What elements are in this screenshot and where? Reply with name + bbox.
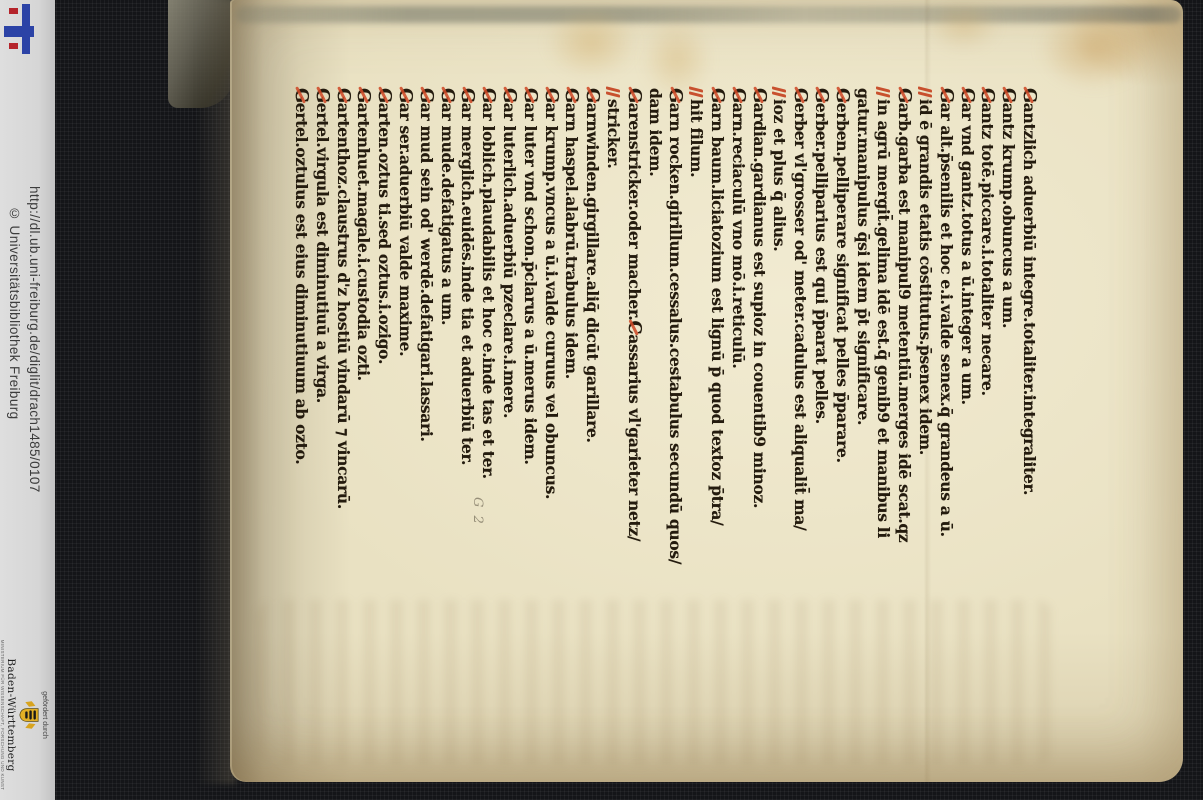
funding-region: Baden-Württemberg xyxy=(5,658,17,771)
text-line: dam idem. xyxy=(644,88,665,633)
text-line: Gar loblich.plaudabilis et hoc e.inde ta… xyxy=(477,88,498,633)
rubricated-initial: G xyxy=(521,88,539,103)
text-line: Gertel.virgula est diminutiuū a virga. xyxy=(311,88,332,633)
text-line: in agrū mergit̄.gelima idē est.q̄ genib9… xyxy=(873,88,894,633)
rubricated-initial: G xyxy=(480,88,498,103)
text-line: Gar krump.vncus a ū.i.valde curuus vel o… xyxy=(540,88,561,633)
registration-red-dash xyxy=(9,8,18,14)
text-line: Gardian.gardianus est supioz in couentib… xyxy=(748,88,769,633)
rubricated-initial: C xyxy=(625,321,643,335)
rubricated-initial: G xyxy=(792,88,810,103)
paraph-mark-icon xyxy=(918,86,932,97)
text-line: Gar luter vnd schon.p̄clarus a ū.merus i… xyxy=(519,88,540,633)
rubricated-initial: G xyxy=(729,88,747,103)
rubricated-initial: G xyxy=(667,88,685,103)
rubricated-initial: G xyxy=(584,88,602,103)
paraph-mark-icon xyxy=(689,86,703,97)
paraph-mark-icon xyxy=(772,86,786,97)
rubricated-initial: G xyxy=(812,88,830,103)
rubricated-initial: G xyxy=(542,88,560,103)
registration-blue-bar xyxy=(22,4,30,54)
rubricated-initial: G xyxy=(500,88,518,103)
rubricated-initial: G xyxy=(750,88,768,103)
rubricated-initial: G xyxy=(417,88,435,103)
rubricated-initial: G xyxy=(396,88,414,103)
scan-canvas: Gantzlich aduerbiū integre.totaliter.int… xyxy=(0,0,1203,800)
text-line: Gar luterlich.aduerbiū pzeclare.i.mere. xyxy=(498,88,519,633)
text-line: Gar merglich.euidēs.inde tia et aduerbiū… xyxy=(457,88,478,633)
paraph-mark-icon xyxy=(606,86,620,97)
rubricated-initial: G xyxy=(625,88,643,103)
baden-wuerttemberg-coat-of-arms-icon xyxy=(18,697,40,733)
paraph-mark-icon xyxy=(876,86,890,97)
parchment-stain xyxy=(1038,6,1150,90)
parchment-stain xyxy=(928,0,1000,52)
rubricated-initial: G xyxy=(459,88,477,103)
text-line: Gar mud sein od' werdē.defatigari.lassar… xyxy=(415,88,436,633)
text-line: Gar vnd gantz.totus a ū.integer a um. xyxy=(956,88,977,633)
text-line: ioz et plus q̄ alius. xyxy=(769,88,790,633)
text-line: Gerber.pelliparius est qui p̄parat pelle… xyxy=(810,88,831,633)
rubricated-initial: G xyxy=(292,88,310,103)
text-line: Gerber vl'grosser od' meter.cadulus est … xyxy=(789,88,810,633)
text-line: Garnwinden.girgillare.aliq̄ dicūt garill… xyxy=(581,88,602,633)
page-fold-shadow xyxy=(236,6,1182,23)
rubricated-initial: G xyxy=(979,88,997,103)
rubricated-initial: G xyxy=(708,88,726,103)
rubricated-initial: G xyxy=(958,88,976,103)
parchment-stain xyxy=(545,8,637,78)
text-line: Gar mude.defatigatus a um. xyxy=(436,88,457,633)
rubricated-initial: G xyxy=(376,88,394,103)
rubricated-initial: G xyxy=(833,88,851,103)
rubricated-initial: G xyxy=(313,88,331,103)
text-line: stricker. xyxy=(602,88,623,633)
text-line: Garenstricker.oder macher.Cassarius vl'g… xyxy=(623,88,644,633)
quire-signature: G 2 xyxy=(470,497,485,526)
text-line: Gartenthoz.claustrus d'z hostiū vindarū … xyxy=(332,88,353,633)
text-line: Garb.garba est manipul9 metentiū.merges … xyxy=(893,88,914,633)
rubricated-initial: G xyxy=(563,88,581,103)
text-line: Garn.reciaculū vno mō.i.reticulū. xyxy=(727,88,748,633)
text-line: Gantzlich aduerbiū integre.totaliter.int… xyxy=(1018,88,1039,633)
rubricated-initial: G xyxy=(355,88,373,103)
persistent-url: http://dl.ub.uni-freiburg.de/diglit/drac… xyxy=(27,186,42,493)
library-sidebar: http://dl.ub.uni-freiburg.de/diglit/drac… xyxy=(0,0,55,800)
text-line: Gantz krump.obuncus a um. xyxy=(997,88,1018,633)
registration-mark-icon xyxy=(2,2,50,60)
rubricated-initial: G xyxy=(1000,88,1018,103)
text-line: hit filum. xyxy=(685,88,706,633)
registration-red-dash xyxy=(9,43,18,49)
funding-label: gefördert durch xyxy=(41,691,48,738)
text-line: Gantz totē.piccare.i.totaliter necare. xyxy=(977,88,998,633)
text-line: Gertel.oztulus est eius diminutiuum ab o… xyxy=(290,88,311,633)
rubricated-initial: G xyxy=(438,88,456,103)
text-line: Garn baum.liciatozium est lignū p̄ quod … xyxy=(706,88,727,633)
text-line: Garn rocken.girillum.cessalus.cestabulus… xyxy=(665,88,686,633)
text-block: Gantzlich aduerbiū integre.totaliter.int… xyxy=(290,88,1039,633)
text-line: Garten.oztus ti.sed oztus.i.ozigo. xyxy=(374,88,395,633)
text-line: id ē grandis etatis cōstitutus.p̄senex i… xyxy=(914,88,935,633)
funding-credit: gefördert durch Baden-Württemberg MINIST… xyxy=(0,630,48,800)
rubricated-initial: G xyxy=(334,88,352,103)
text-line: Gar alt.p̄senilis et hoc e.i.valde senex… xyxy=(935,88,956,633)
text-line: Gar ser.aduerbiū valde maxime. xyxy=(394,88,415,633)
text-line: Garn haspel.alabrū.trabulus idem. xyxy=(561,88,582,633)
rubricated-initial: G xyxy=(896,88,914,103)
funding-ministry: MINISTERIUM FÜR WISSENSCHAFT, FORSCHUNG … xyxy=(0,640,5,790)
text-line: gatur.manipulus q̄si idem p̄t significar… xyxy=(852,88,873,633)
rubricated-initial: G xyxy=(1020,88,1038,103)
text-line: Gartenhuet.magale.i.custodia ozti. xyxy=(353,88,374,633)
text-line: Gerben.pelliperare significat pelles p̄p… xyxy=(831,88,852,633)
copyright-notice: © Universitätsbibliothek Freiburg xyxy=(7,206,22,420)
rubricated-initial: G xyxy=(937,88,955,103)
